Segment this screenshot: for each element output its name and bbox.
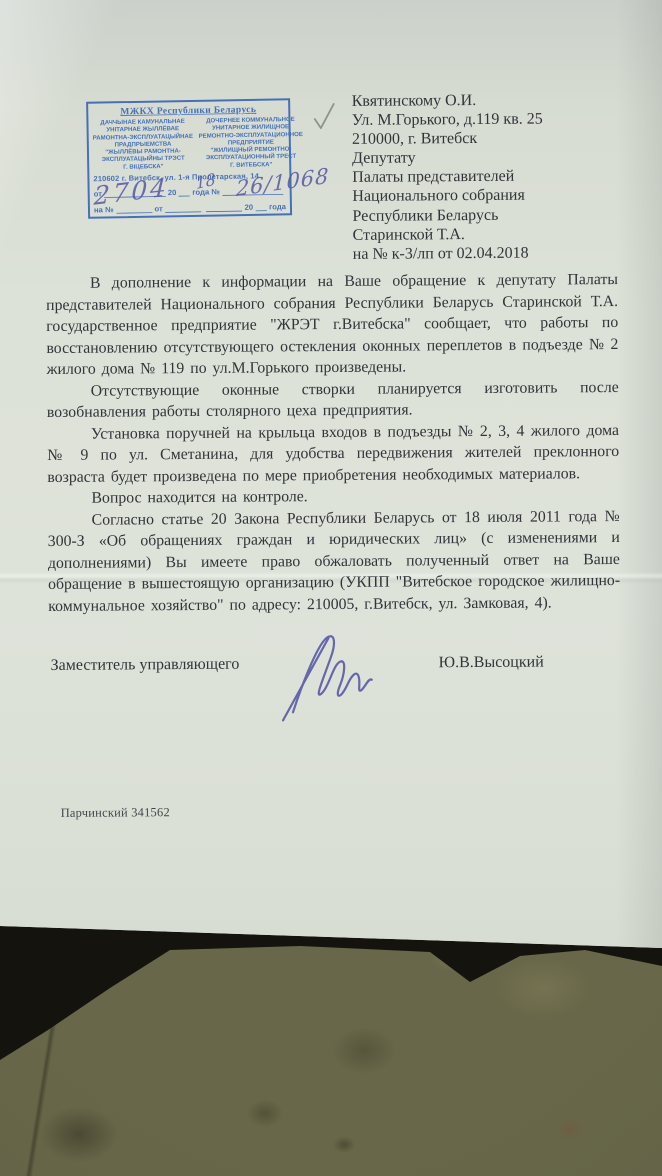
document-photo: МЖКХ Республики Беларусь ДАЧЧЫНАЕ КАМУНА… (0, 0, 662, 1176)
letter-body: В дополнение к информации на Ваше обраще… (46, 269, 620, 617)
body-paragraph: Отсутствующие оконные створки планируетс… (47, 377, 619, 424)
stamp-address-line: 210602 г. Витебск, ул. 1-я Пролетарская,… (93, 171, 285, 183)
stamp-blank (116, 212, 152, 214)
stamp-label-ot: от (154, 205, 162, 214)
body-paragraph: Установка поручней на крыльца входов в п… (47, 420, 619, 488)
stamp-blank (222, 193, 283, 196)
stamp-label-ot: от (94, 190, 102, 199)
addressee-line: Квятинскому О.И. (352, 91, 543, 111)
stamp-label-goda: года (269, 203, 286, 212)
body-paragraph: В дополнение к информации на Ваше обраще… (46, 269, 619, 380)
recipient-block: Депутату Палаты представителей Националь… (352, 148, 529, 264)
stamp-column-right: ДОЧЕРНЕЕ КОММУНАЛЬНОЕ УНИТАРНОЕ ЖИЛИЩНОЕ… (198, 115, 303, 169)
stamp-print: МЖКХ Республики Беларусь ДАЧЧЫНАЕ КАМУНА… (88, 100, 290, 215)
signatory-name: Ю.В.Высоцкий (439, 654, 544, 673)
signatory-title: Заместитель управляющего (51, 656, 240, 675)
recipient-line: Старинской Т.А. (353, 224, 529, 244)
recipient-line: Национального собрания (352, 186, 528, 206)
stamp-label-goda-no: года № (192, 188, 220, 197)
stamp-columns: ДАЧЧЫНАЕ КАМУНАЛЬНАЕ УНІТАРНАЕ ЖЫЛЛЁВАЕ … (92, 116, 285, 171)
stamp-label-20: 20 (168, 189, 177, 198)
stamp-blank (165, 211, 201, 213)
company-stamp: МЖКХ Республики Беларусь ДАЧЧЫНАЕ КАМУНА… (86, 98, 292, 219)
stamp-blank (104, 195, 165, 198)
recipient-line: Республики Беларусь (352, 205, 528, 225)
stamp-column-left: ДАЧЧЫНАЕ КАМУНАЛЬНАЕ УНІТАРНАЕ ЖЫЛЛЁВАЕ … (92, 117, 193, 171)
stamp-blank (256, 210, 267, 212)
checkmark-icon (312, 101, 338, 131)
executor-note: Парчинский 341562 (61, 805, 170, 821)
reference-line: на № к-3/лп от 02.04.2018 (353, 244, 529, 264)
recipient-line: Палаты представителей (352, 167, 528, 187)
recipient-line: Депутату (352, 148, 528, 168)
stamp-blank (179, 195, 190, 197)
stamp-form-line-1: от 20 года № (94, 187, 286, 199)
stamp-label-20: 20 (245, 203, 254, 212)
addressee-line: 210000, г. Витебск (352, 129, 543, 149)
addressee-line: Ул. М.Горького, д.119 кв. 25 (352, 110, 543, 130)
stamp-blank (206, 210, 242, 212)
signature-autograph (276, 632, 377, 725)
addressee-block: Квятинскому О.И. Ул. М.Горького, д.119 к… (352, 91, 543, 149)
body-paragraph: Согласно статье 20 Закона Республики Бел… (48, 505, 621, 616)
stamp-label-na-no: на № (94, 206, 114, 215)
stamp-form-line-2: на № от 20 года (94, 203, 286, 215)
